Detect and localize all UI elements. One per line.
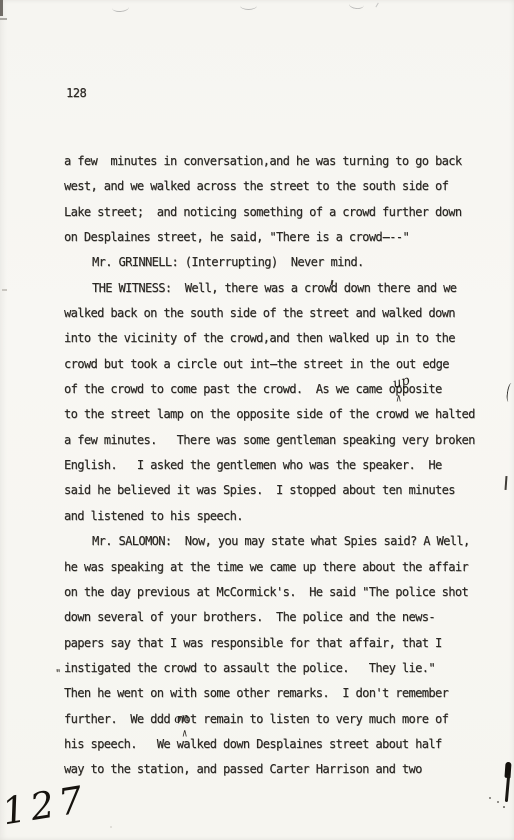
handwritten-insertion-on: on xyxy=(173,710,190,726)
typed-text: a few minutes in conversation,and he was… xyxy=(64,149,494,783)
scanned-transcript-page: 128 a few minutes in conversation,and he… xyxy=(0,0,514,840)
typed-line: west, and we walked across the street to… xyxy=(64,174,494,199)
typed-line: English. I asked the gentlemen who was t… xyxy=(64,453,494,478)
scan-corner-mark xyxy=(0,0,3,16)
pencil-arc-mark xyxy=(112,2,130,12)
typed-page-number: 128 xyxy=(66,86,86,100)
typed-line: a few minutes in conversation,and he was… xyxy=(64,149,494,174)
typed-line: he was speaking at the time we came up t… xyxy=(64,555,494,580)
insertion-caret: ∧ xyxy=(396,393,401,405)
edge-ink-mark xyxy=(506,383,514,403)
handwritten-folio-number: 127 xyxy=(0,778,90,834)
ink-speck xyxy=(489,797,491,799)
typed-line: papers say that I was responsible for th… xyxy=(64,631,494,656)
typed-line: walked back on the south side of the str… xyxy=(64,301,494,326)
typed-line: THE WITNESS: Well, there was a crowd dow… xyxy=(64,276,494,301)
pencil-tick-mark xyxy=(370,0,379,7)
typed-line: instigated the crowd to assault the poli… xyxy=(64,656,494,681)
pencil-arc-mark xyxy=(349,0,365,10)
typed-line: down several of your brothers. The polic… xyxy=(64,605,494,630)
typed-line: Then he went on with some other remarks.… xyxy=(64,681,494,706)
edge-ink-mark xyxy=(505,476,508,490)
stray-quote-mark: " xyxy=(55,668,61,679)
typed-line: Mr. GRINNELL: (Interrupting) Never mind. xyxy=(64,250,494,275)
margin-smudge xyxy=(2,289,7,291)
edge-ink-stroke xyxy=(505,775,510,802)
typed-line: of the crowd to come past the crowd. As … xyxy=(64,377,494,402)
typed-line: into the vicinity of the crowd,and then … xyxy=(64,326,494,351)
typed-line: crowd but took a circle out int̶the stre… xyxy=(64,352,494,377)
scan-corner-tick xyxy=(0,18,7,20)
typed-line: to the street lamp on the opposite side … xyxy=(64,402,494,427)
typed-line: Lake street; and noticing something of a… xyxy=(64,200,494,225)
typed-line: Mr. SALOMON: Now, you may state what Spi… xyxy=(64,529,494,554)
ink-speck xyxy=(503,806,505,808)
typed-line: said he believed it was Spies. I stopped… xyxy=(64,478,494,503)
insertion-caret: ∧ xyxy=(182,728,187,740)
ink-speck xyxy=(110,826,112,828)
typed-line: his speech. We walked down Desplaines st… xyxy=(64,732,494,757)
typed-line: on the day previous at McCormick's. He s… xyxy=(64,580,494,605)
pencil-arc-mark xyxy=(240,1,257,10)
typed-line: on Desplaines street, he said, "There is… xyxy=(64,225,494,250)
typed-line: way to the station, and passed Carter Ha… xyxy=(64,757,494,782)
typed-line: further. We ddd not remain to listen to … xyxy=(64,707,494,732)
typed-line: a few minutes. There was some gentleman … xyxy=(64,428,494,453)
ink-speck xyxy=(497,801,499,803)
typed-line: and listened to his speech. xyxy=(64,504,494,529)
